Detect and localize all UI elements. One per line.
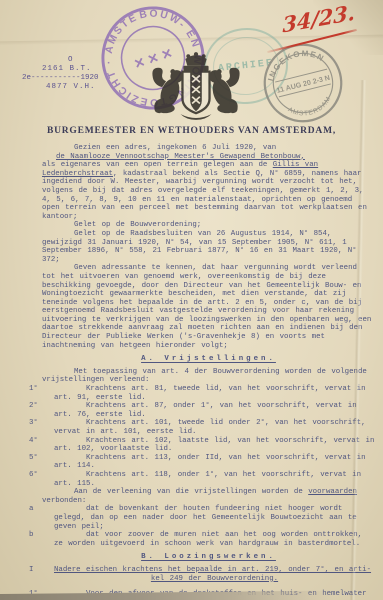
subsection-nadere-eischen: INadere eischen krachtens het bepaalde i… bbox=[42, 566, 375, 583]
p1-text: als eigenares van een open terrein geleg… bbox=[42, 161, 273, 169]
paragraph-raadsbesluiten: Gelet op de Raadsbesluiten van 26 August… bbox=[42, 230, 375, 264]
ref-number-bt: 2161 B.T. bbox=[42, 65, 99, 74]
p1-opening-line: Gezien een adres, ingekomen 6 Juli 1920,… bbox=[42, 144, 375, 153]
ref-dashed-year: 2e-----------1920 bbox=[22, 74, 99, 83]
paragraph-vergunning-verleend: Geven adressante te kennen, dat haar ver… bbox=[42, 264, 375, 350]
registry-reference-block: O 2161 B.T. 2e-----------1920 4877 V.H. bbox=[22, 56, 99, 92]
list-marker: 4° bbox=[29, 437, 38, 446]
list-marker: 3° bbox=[29, 419, 38, 428]
section-marker: I bbox=[29, 566, 33, 575]
amsterdam-coat-of-arms bbox=[138, 50, 254, 128]
paragraph-voorwaarden: Aan de verleening van die vrijstellingen… bbox=[42, 488, 375, 505]
list-marker: a bbox=[29, 505, 33, 514]
list-marker: 1° bbox=[29, 385, 38, 394]
list-marker: b bbox=[29, 531, 33, 540]
voorwaarden-underlined: voorwaarden bbox=[308, 488, 357, 496]
list-item: bdat voor zoover de muren niet aan het o… bbox=[42, 531, 375, 548]
list-marker: 2° bbox=[29, 402, 38, 411]
list-marker: 5° bbox=[29, 454, 38, 463]
section-heading-a: A. Vrijstellingen. bbox=[42, 355, 375, 364]
ref-number-vh: 4877 V.H. bbox=[46, 83, 99, 92]
section-heading-b: B. Loozingswerken. bbox=[42, 553, 375, 562]
list-item: 3°Krachtens art. 101, tweede lid onder 2… bbox=[42, 419, 375, 436]
list-item: 5°Krachtens art. 113, onder IId, van het… bbox=[42, 454, 375, 471]
paragraph-toepassing-art4: Met toepassing van art. 4 der Bouwverord… bbox=[42, 368, 375, 385]
list-marker: 6° bbox=[29, 471, 38, 480]
list-item: adat de bovenkant der houten fundeering … bbox=[42, 505, 375, 531]
svg-text:AMSTERDAM: AMSTERDAM bbox=[285, 94, 336, 122]
paragraph-bouwverordening: Gelet op de Bouwverordening; bbox=[42, 221, 375, 230]
lion-right bbox=[209, 68, 240, 113]
document-header: BOUW- EN WONINGTOEZICHT · AMSTERDAM · × … bbox=[0, 0, 383, 128]
received-stamp-bottom-text: AMSTERDAM bbox=[285, 94, 336, 122]
list-item: 2°Krachtens art. 87, onder 1°, van het v… bbox=[42, 402, 375, 419]
document-body: Gezien een adres, ingekomen 6 Juli 1920,… bbox=[42, 144, 375, 600]
list-item: 6°Krachtens art. 118, onder 1°, van het … bbox=[42, 471, 375, 488]
p1-text-rest: , kadastraal bekend als Sectie Q, N° 685… bbox=[42, 170, 367, 221]
received-stamp-date: 11 AUG 20 2-3 N bbox=[276, 74, 331, 95]
list-item: 4°Krachtens art. 102, laatste lid, van h… bbox=[42, 437, 375, 454]
ref-line-o: O bbox=[68, 56, 99, 65]
company-name-underlined: de Naamlooze Vennootschap Meester's Gewa… bbox=[42, 153, 305, 161]
list-item: 1°Krachtens art. 81, tweede lid, van het… bbox=[42, 385, 375, 402]
paragraph-adres: Gezien een adres, ingekomen 6 Juli 1920,… bbox=[42, 144, 375, 221]
lion-left bbox=[152, 68, 183, 113]
